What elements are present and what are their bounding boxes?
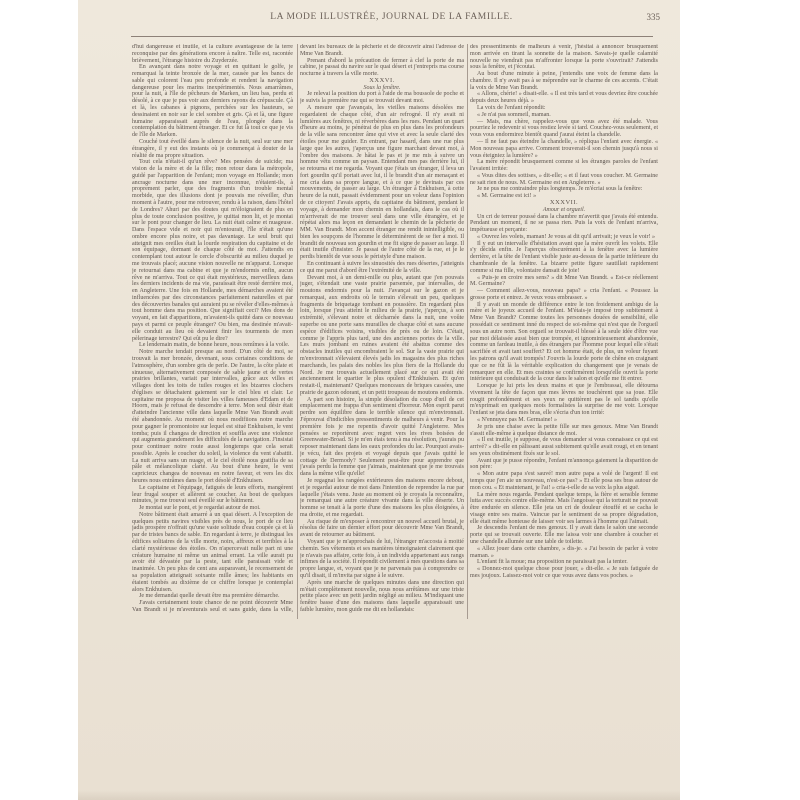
paragraph: « Allez jouer dans cette chambre, » dis-… <box>470 546 658 560</box>
page-header: LA MODE ILLUSTRÉE, JOURNAL DE LA FAMILLE… <box>123 8 660 30</box>
paragraph: La mère nous regarda. Pendant quelque te… <box>470 492 658 526</box>
paragraph: « Il est inutile, je suppose, de vous de… <box>470 437 658 457</box>
paragraph: devant les bureaux de la pêcherie et de … <box>300 44 464 58</box>
paragraph: Le lendemain matin, de bonne heure, nous… <box>132 342 293 349</box>
header-rule <box>131 36 653 37</box>
paragraph: La voix de l'enfant répondit: <box>470 105 658 112</box>
paragraph: Au bout d'une minute à peine, j'entendis… <box>470 71 658 91</box>
chapter-number: XXXVI. <box>300 78 464 85</box>
paragraph: « Allons, chérie! » disait-elle. « Il es… <box>470 91 658 105</box>
paragraph: Prenant d'abord la précaution de fermer … <box>300 58 464 78</box>
text-column-1: d'hui dangereuse et inutile, et la cultu… <box>132 44 293 614</box>
paragraph: Je me demandai quelle devait être ma pre… <box>132 593 293 600</box>
paragraph: Notre marche tendait presque au nord. D'… <box>132 349 293 485</box>
paragraph: Lorsque je lui pris les deux mains et qu… <box>470 383 658 417</box>
paragraph: En avançant dans notre voyage et en quit… <box>132 64 293 139</box>
paragraph: Il y avait un monde de différence entre … <box>470 302 658 383</box>
paragraph: Tout cela n'était-il qu'un rêve? Mes pen… <box>132 159 293 342</box>
paragraph: La mère répondit brusquement comme si le… <box>470 159 658 173</box>
paragraph: Il y eut un intervalle d'hésitation avan… <box>470 241 658 275</box>
page-number: 335 <box>647 12 661 22</box>
page-edge-shadow <box>78 790 680 800</box>
chapter-number: XXXVII. <box>470 200 658 207</box>
paragraph: « Puis-je en croire mes sens? » dit Mme … <box>470 275 658 289</box>
paragraph: « Vous dites des sottises, » dit-elle; «… <box>470 173 658 187</box>
text-column-2: devant les bureaux de la pêcherie et de … <box>300 44 464 614</box>
paragraph: Je montai sur le pont, et je regardai au… <box>132 505 293 512</box>
paragraph: A mesure que j'avançais, les vieilles ma… <box>300 105 464 261</box>
text-column-3: des pressentiments de malheurs à venir, … <box>470 44 658 614</box>
paragraph: « Donnez-moi quelque chose pour jouer, »… <box>470 566 658 580</box>
paragraph: Au risque de m'exposer à rencontrer un n… <box>300 519 464 539</box>
paragraph: Couché tout éveillé dans le silence de l… <box>132 139 293 159</box>
paragraph: Notre bâtiment était amarré à un quai dé… <box>132 512 293 593</box>
paragraph: Devant moi, à un demi-mille ou plus, aut… <box>300 275 464 397</box>
paragraph: Je pris une chaise avec la petite fille … <box>470 424 658 438</box>
paragraph: Voyant que je m'approchais de lui, l'étr… <box>300 539 464 580</box>
paragraph: A part son histoire, la simple désolatio… <box>300 397 464 478</box>
paragraph: Je ne pus me contraindre plus longtemps.… <box>470 186 658 193</box>
paragraph: Un cri de terreur poussé dans la chambre… <box>470 214 658 234</box>
paragraph: « Mon autre papa s'est sauvé! mon autre … <box>470 471 658 491</box>
paragraph: J'avais certainement toute chance de ne … <box>132 600 293 614</box>
paragraph: des pressentiments de malheurs à venir, … <box>470 44 658 71</box>
paragraph: Après une marche de quelques minutes dan… <box>300 580 464 614</box>
paragraph: « N'ennuyez pas M. Germaine! » <box>470 417 658 424</box>
paragraph: Je descendis l'enfant de mes genoux. Il … <box>470 525 658 545</box>
column-divider <box>467 44 468 619</box>
running-title: LA MODE ILLUSTRÉE, JOURNAL DE LA FAMILLE… <box>123 12 660 22</box>
paragraph: En continuant à suivre les sinuosités de… <box>300 261 464 275</box>
paragraph: — Comment allez-vous, nouveau papa? » cr… <box>470 288 658 302</box>
paragraph: Avant que je pusse répondre, l'enfant m'… <box>470 458 658 472</box>
chapter-subtitle: Sous la fenêtre. <box>300 85 464 92</box>
paragraph: « Ouvrez les volets, maman! Je vous ai d… <box>470 234 658 241</box>
paragraph: — Il ne faut pas éteindre la chandelle, … <box>470 139 658 159</box>
paragraph: Je regagnai les rangées extérieures des … <box>300 478 464 519</box>
column-divider <box>297 44 298 619</box>
paragraph: « Je n'ai pas sommeil, maman. <box>470 112 658 119</box>
chapter-subtitle: Amour et orgueil. <box>470 207 658 214</box>
paragraph: — Mais, ma chère, rappelez-vous que vous… <box>470 119 658 139</box>
paragraph: Je relevai la position du port à l'aide … <box>300 91 464 105</box>
paragraph: d'hui dangereuse et inutile, et la cultu… <box>132 44 293 64</box>
paragraph: Le capitaine et l'équipage, fatigués de … <box>132 485 293 505</box>
